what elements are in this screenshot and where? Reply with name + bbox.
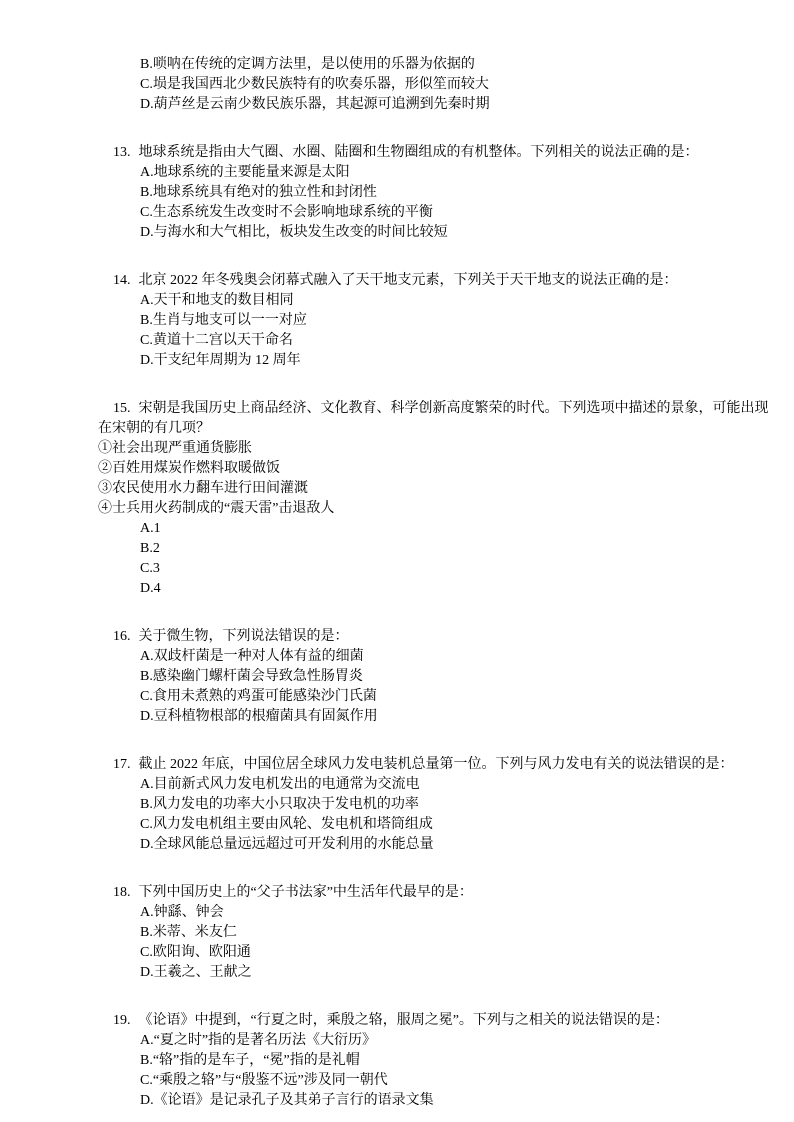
question-stem: 13.地球系统是指由大气圈、水圈、陆圈和生物圈组成的有机整体。下列相关的说法正确… [98, 143, 782, 163]
list-item: ②百姓用煤炭作燃料取暖做饭 [98, 459, 782, 479]
option: B.米蒂、米友仁 [140, 923, 782, 943]
option: D.葫芦丝是云南少数民族乐器，其起源可追溯到先秦时期 [140, 95, 782, 115]
option: C.“乘殷之辂”与“殷鉴不远”涉及同一朝代 [140, 1071, 782, 1091]
option: A.钟繇、钟会 [140, 903, 782, 923]
question-text: 下列中国历史上的“父子书法家”中生活年代最早的是： [139, 885, 473, 900]
question-stem: 17.截止 2022 年底，中国位居全球风力发电装机总量第一位。下列与风力发电有… [98, 755, 782, 775]
question-number: 18. [113, 885, 131, 900]
list-item: ④士兵用火药制成的“震天雷”击退敌人 [98, 499, 782, 519]
question-14: 14.北京 2022 年冬残奥会闭幕式融入了天干地支元素，下列关于天干地支的说法… [98, 271, 782, 371]
option: B.唢呐在传统的定调方法里，是以使用的乐器为依据的 [140, 55, 782, 75]
option: D.王羲之、王献之 [140, 963, 782, 983]
option: A.天干和地支的数目相同 [140, 291, 782, 311]
question-13: 13.地球系统是指由大气圈、水圈、陆圈和生物圈组成的有机整体。下列相关的说法正确… [98, 143, 782, 243]
question-text: 北京 2022 年冬残奥会闭幕式融入了天干地支元素，下列关于天干地支的说法正确的… [139, 273, 678, 288]
question-17: 17.截止 2022 年底，中国位居全球风力发电装机总量第一位。下列与风力发电有… [98, 755, 782, 855]
list-item: ①社会出现严重通货膨胀 [98, 439, 782, 459]
question-19: 19.《论语》中提到，“行夏之时，乘殷之辂，服周之冕”。下列与之相关的说法错误的… [98, 1011, 782, 1111]
question-16: 16.关于微生物，下列说法错误的是： A.双歧杆菌是一种对人体有益的细菌 B.感… [98, 627, 782, 727]
question-number: 19. [113, 1013, 131, 1028]
option: D.4 [140, 579, 782, 599]
option: D.豆科植物根部的根瘤菌具有固氮作用 [140, 707, 782, 727]
option: A.地球系统的主要能量来源是太阳 [140, 163, 782, 183]
option: D.全球风能总量远远超过可开发利用的水能总量 [140, 835, 782, 855]
question-number: 14. [113, 273, 131, 288]
question-number: 15. [113, 401, 131, 416]
option: A.目前新式风力发电机发出的电通常为交流电 [140, 775, 782, 795]
question-stem: 16.关于微生物，下列说法错误的是： [98, 627, 782, 647]
exam-content: B.唢呐在传统的定调方法里，是以使用的乐器为依据的 C.埙是我国西北少数民族特有… [98, 55, 782, 1111]
question-stem: 14.北京 2022 年冬残奥会闭幕式融入了天干地支元素，下列关于天干地支的说法… [98, 271, 782, 291]
question-12-partial: B.唢呐在传统的定调方法里，是以使用的乐器为依据的 C.埙是我国西北少数民族特有… [98, 55, 782, 115]
option: A.“夏之时”指的是著名历法《大衍历》 [140, 1031, 782, 1051]
question-text: 关于微生物，下列说法错误的是： [139, 629, 349, 644]
option: A.1 [140, 519, 782, 539]
question-text-continued: 在宋朝的有几项？ [98, 419, 782, 439]
option: C.埙是我国西北少数民族特有的吹奏乐器，形似笙而较大 [140, 75, 782, 95]
question-stem: 15.宋朝是我国历史上商品经济、文化教育、科学创新高度繁荣的时代。下列选项中描述… [98, 399, 782, 419]
option: B.生肖与地支可以一一对应 [140, 311, 782, 331]
option: C.欧阳询、欧阳通 [140, 943, 782, 963]
option: C.3 [140, 559, 782, 579]
option: B.风力发电的功率大小只取决于发电机的功率 [140, 795, 782, 815]
question-text: 宋朝是我国历史上商品经济、文化教育、科学创新高度繁荣的时代。下列选项中描述的景象… [139, 401, 769, 416]
option: C.风力发电机组主要由风轮、发电机和塔筒组成 [140, 815, 782, 835]
option: C.食用未煮熟的鸡蛋可能感染沙门氏菌 [140, 687, 782, 707]
option: D.干支纪年周期为 12 周年 [140, 351, 782, 371]
option: A.双歧杆菌是一种对人体有益的细菌 [140, 647, 782, 667]
document-page: B.唢呐在传统的定调方法里，是以使用的乐器为依据的 C.埙是我国西北少数民族特有… [0, 0, 794, 1122]
list-item: ③农民使用水力翻车进行田间灌溉 [98, 479, 782, 499]
option: D.与海水和大气相比，板块发生改变的时间比较短 [140, 223, 782, 243]
question-15: 15.宋朝是我国历史上商品经济、文化教育、科学创新高度繁荣的时代。下列选项中描述… [98, 399, 782, 599]
option: B.感染幽门螺杆菌会导致急性肠胃炎 [140, 667, 782, 687]
option: C.黄道十二宫以天干命名 [140, 331, 782, 351]
question-stem: 18.下列中国历史上的“父子书法家”中生活年代最早的是： [98, 883, 782, 903]
question-stem: 19.《论语》中提到，“行夏之时，乘殷之辂，服周之冕”。下列与之相关的说法错误的… [98, 1011, 782, 1031]
question-number: 13. [113, 145, 131, 160]
option: B.2 [140, 539, 782, 559]
option: D.《论语》是记录孔子及其弟子言行的语录文集 [140, 1091, 782, 1111]
question-text: 《论语》中提到，“行夏之时，乘殷之辂，服周之冕”。下列与之相关的说法错误的是： [139, 1013, 669, 1028]
option: C.生态系统发生改变时不会影响地球系统的平衡 [140, 203, 782, 223]
question-text: 截止 2022 年底，中国位居全球风力发电装机总量第一位。下列与风力发电有关的说… [139, 757, 734, 772]
question-number: 17. [113, 757, 131, 772]
question-18: 18.下列中国历史上的“父子书法家”中生活年代最早的是： A.钟繇、钟会 B.米… [98, 883, 782, 983]
question-text: 地球系统是指由大气圈、水圈、陆圈和生物圈组成的有机整体。下列相关的说法正确的是： [139, 145, 699, 160]
option: B.地球系统具有绝对的独立性和封闭性 [140, 183, 782, 203]
option: B.“辂”指的是车子，“冕”指的是礼帽 [140, 1051, 782, 1071]
question-number: 16. [113, 629, 131, 644]
